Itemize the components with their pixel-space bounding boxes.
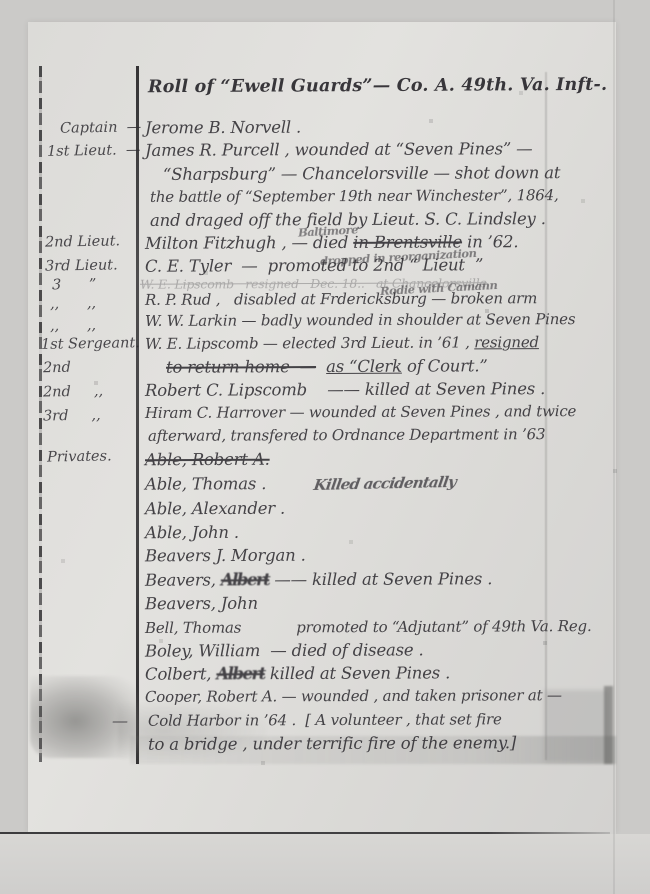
- left-margin-rule: [39, 66, 42, 762]
- underlined-text: resigned: [474, 333, 539, 351]
- entry-text: to a bridge , under terrific fire of the…: [148, 733, 516, 754]
- entry-text: James R. Purcell , wounded at “Seven Pin…: [145, 139, 533, 160]
- roll-entry-lipscomb-we: W. E. Lipscomb — elected 3rd Lieut. in ’…: [145, 333, 539, 353]
- entry-text: Boley, William — died of disease .: [145, 640, 424, 660]
- roll-entry-lipscomb-robert: Robert C. Lipscomb —— killed at Seven Pi…: [145, 379, 545, 400]
- margin-dash: —: [112, 711, 128, 730]
- rank-label-2nd-lieut: 2nd Lieut.: [45, 233, 120, 250]
- page-edge-shadow: [0, 832, 610, 834]
- roll-entry-colbert: Colbert, Albert killed at Seven Pines .: [145, 663, 450, 683]
- rank-label-3rd-ditto: 3rd ,,: [43, 407, 101, 424]
- roll-entry-cooper-cont: to a bridge , under terrific fire of the…: [148, 733, 516, 754]
- roll-entry-purcell-cont: “Sharpsburg” — Chancelorsville — shot do…: [163, 163, 560, 184]
- rank-label-1st-lieut: 1st Lieut. —: [47, 142, 141, 160]
- roll-entry-beavers-john: Beavers, John: [145, 594, 258, 613]
- rank-column-divider-rule: [136, 66, 139, 764]
- rank-label-ditto: ,, ,,: [50, 296, 96, 313]
- rank-label-2nd-ditto: 2nd ,,: [43, 383, 103, 400]
- overwritten-text: Albert: [216, 664, 265, 683]
- entry-text: Cold Harbor in ’64 . [ A volunteer , tha…: [148, 710, 502, 730]
- annotation-scrawl: Killed accidentally: [313, 473, 458, 494]
- entry-text: —— killed at Seven Pines .: [269, 569, 492, 589]
- roll-entry-beavers-albert: Beavers, Albert —— killed at Seven Pines…: [145, 569, 492, 590]
- rank-label-ditto: 3 ”: [52, 277, 97, 294]
- entry-text: Able, Alexander .: [145, 499, 285, 519]
- entry-text: Jerome B. Norvell .: [145, 118, 301, 138]
- roll-entry-able-alexander: Able, Alexander .: [145, 499, 285, 519]
- entry-text: C. E. Tyler — promoted to 2nd “ Lieut ”: [145, 255, 483, 275]
- entry-text: killed at Seven Pines .: [265, 663, 450, 683]
- rank-label-3rd-lieut: 3rd Lieut.: [45, 257, 118, 274]
- paper-fold-line: [613, 0, 615, 894]
- rank-label-ditto: ,, ,,: [50, 318, 96, 335]
- entry-text: Beavers J. Morgan .: [145, 546, 306, 566]
- entry-text: Cooper, Robert A. — wounded , and taken …: [145, 686, 562, 706]
- entry-text: Robert C. Lipscomb —— killed at Seven Pi…: [145, 379, 545, 400]
- roll-entry-purcell-cont: the battle of “September 19th near Winch…: [150, 186, 559, 206]
- entry-text: R. P. Rud , disabled at Frdericksburg — …: [145, 289, 537, 309]
- entry-text: Beavers,: [145, 570, 221, 589]
- entry-text: W. W. Larkin — badly wounded in shoulder…: [145, 310, 575, 330]
- rank-label-captain: Captain —: [60, 119, 141, 136]
- entry-text: Bell, Thomas: [145, 619, 241, 637]
- roll-entry-able-thomas: Able, Thomas .Killed accidentally: [145, 473, 456, 493]
- entry-text: of Court.”: [402, 356, 488, 375]
- entry-text: afterward, transfered to Ordnance Depart…: [148, 425, 545, 445]
- document-title: Roll of “Ewell Guards”— Co. A. 49th. Va.…: [148, 75, 607, 97]
- roll-entry-norvell: Jerome B. Norvell .: [145, 118, 301, 138]
- entry-text: W. E. Lipscomb — elected 3rd Lieut. in ’…: [145, 333, 474, 352]
- entry-text: promoted to “Adjutant” of 49th Va. Reg.: [296, 617, 591, 636]
- entry-text: [316, 357, 326, 376]
- overwritten-text: Albert: [221, 570, 270, 589]
- underlined-text: as “Clerk: [326, 357, 402, 376]
- roll-entry-clerk-of-court: to return home — as “Clerk of Court.”: [166, 356, 488, 376]
- roll-entry-tyler: C. E. Tyler — promoted to 2nd “ Lieut ”: [145, 255, 483, 275]
- roll-entry-harrover-cont: afterward, transfered to Ordnance Depart…: [148, 425, 545, 445]
- entry-text: Beavers, John: [145, 594, 258, 613]
- entry-text: Colbert,: [145, 664, 216, 683]
- roll-entry-harrover: Hiram C. Harrover — wounded at Seven Pin…: [145, 402, 576, 422]
- page-bottom-strip: [0, 834, 650, 894]
- entry-text: “Sharpsburg” — Chancelorsville — shot do…: [163, 163, 560, 184]
- roll-entry-boley: Boley, William — died of disease .: [145, 640, 424, 660]
- roll-entry-able-john: Able, John .: [145, 523, 239, 542]
- roll-entry-beavers-morgan: Beavers J. Morgan .: [145, 546, 306, 566]
- scanned-document: Roll of “Ewell Guards”— Co. A. 49th. Va.…: [0, 0, 650, 894]
- roll-entry-rud: R. P. Rud , disabled at Frdericksburg — …: [145, 289, 537, 309]
- entry-text: Able, Thomas .: [145, 474, 266, 494]
- roll-entry-able-robert: Able, Robert A.: [145, 450, 270, 470]
- struck-text: to return home —: [166, 357, 316, 377]
- entry-text: Milton Fitzhugh , — died: [145, 233, 353, 253]
- roll-entry-larkin: W. W. Larkin — badly wounded in shoulder…: [145, 310, 575, 330]
- paper-specks: [0, 0, 2, 2]
- struck-text: Able, Robert A.: [145, 450, 270, 470]
- rank-label-privates: Privates.: [47, 448, 112, 465]
- entry-text: the battle of “September 19th near Winch…: [150, 186, 559, 206]
- entry-text: Hiram C. Harrover — wounded at Seven Pin…: [145, 402, 576, 422]
- roll-entry-cooper: Cooper, Robert A. — wounded , and taken …: [145, 686, 562, 706]
- roll-entry-bell: Bell, Thomaspromoted to “Adjutant” of 49…: [145, 617, 592, 637]
- roll-entry-purcell: James R. Purcell , wounded at “Seven Pin…: [145, 139, 533, 160]
- rank-label-2nd: 2nd: [43, 360, 71, 376]
- entry-text: Able, John .: [145, 523, 239, 542]
- roll-entry-cooper-cont: Cold Harbor in ’64 . [ A volunteer , tha…: [148, 710, 502, 730]
- rank-label-1st-sergeant: 1st Sergeant.: [41, 335, 140, 353]
